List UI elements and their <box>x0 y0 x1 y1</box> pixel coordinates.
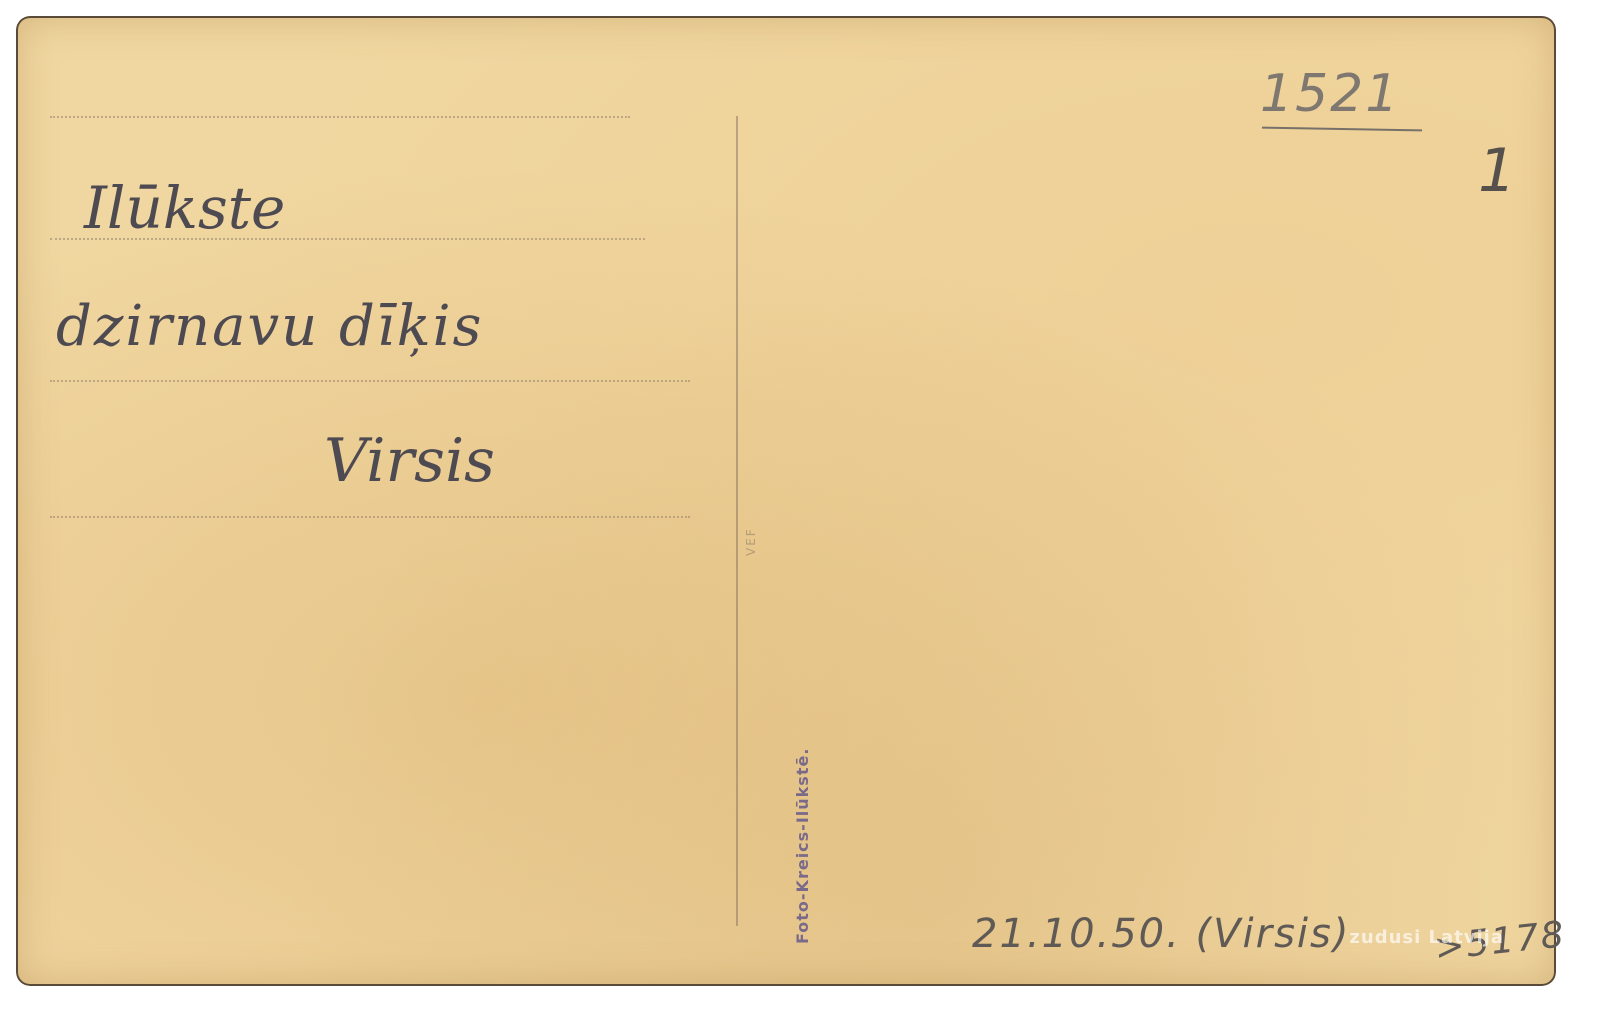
handwritten-subject: dzirnavu dīķis <box>56 294 483 359</box>
date-note: 21.10.50. (Virsis) <box>972 911 1350 957</box>
address-line-4 <box>50 516 690 518</box>
divider-text: VEF <box>744 527 758 556</box>
handwritten-place: Ilūkste <box>84 174 285 242</box>
catalog-number: 1521 <box>1260 64 1400 124</box>
printer-imprint: Foto-Kreics-Ilūkstē. <box>793 748 812 944</box>
catalog-underline <box>1262 127 1422 132</box>
postcard-back: VEF Ilūkste dzirnavu dīķis Virsis 1521 1… <box>16 16 1556 986</box>
page-mark: 1 <box>1478 136 1518 206</box>
address-line-1 <box>50 116 630 118</box>
address-line-3 <box>50 380 690 382</box>
center-divider <box>736 116 738 926</box>
watermark: zudusi Latvija <box>1349 927 1504 948</box>
handwritten-author: Virsis <box>324 426 495 496</box>
